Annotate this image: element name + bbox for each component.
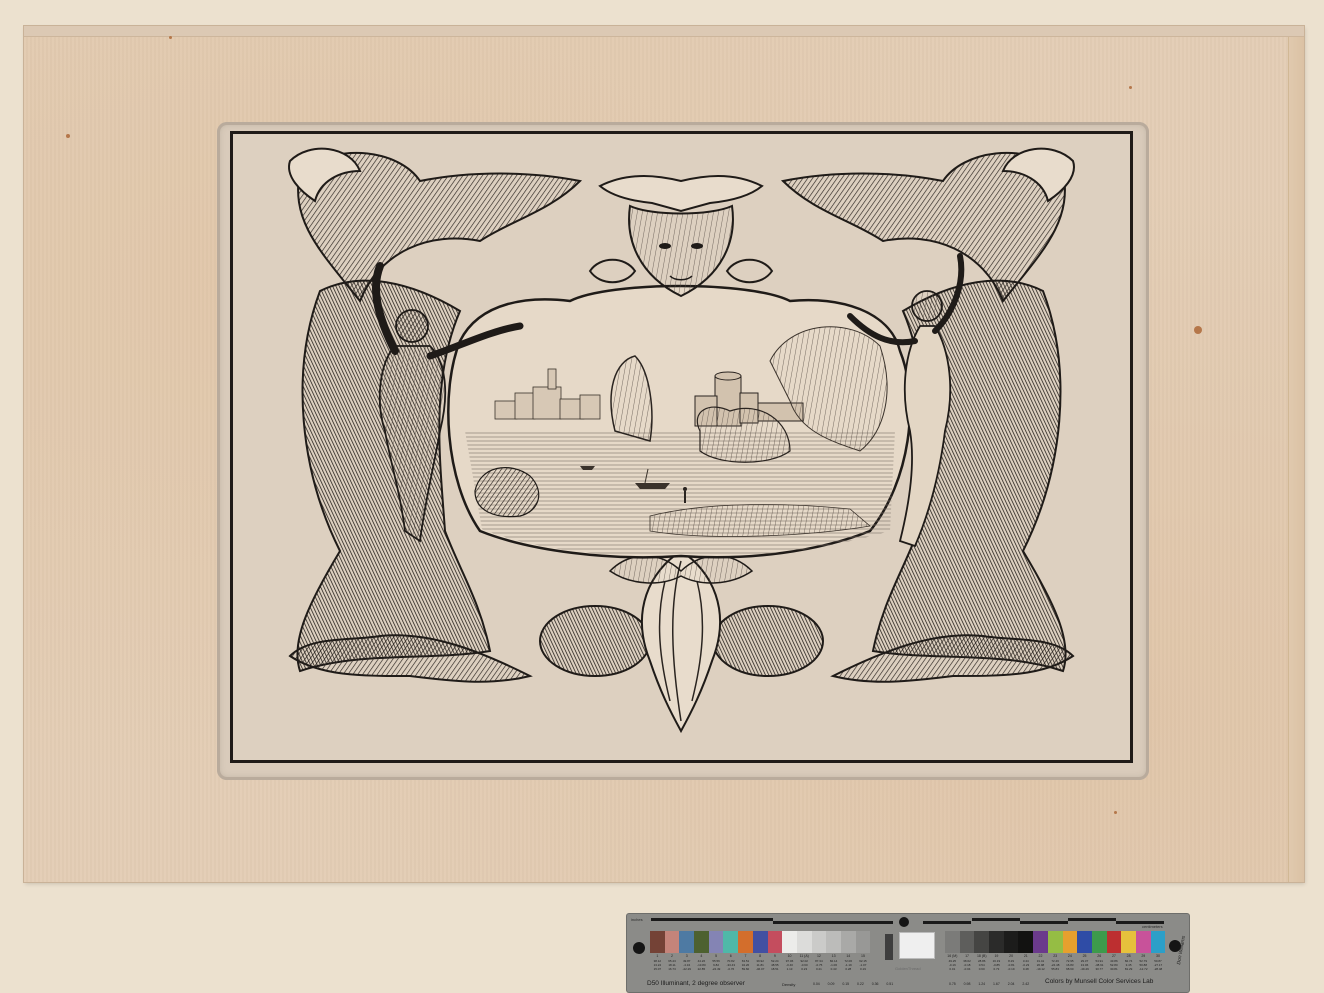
patch-22: [1033, 931, 1048, 953]
ruler-bar: [1020, 921, 1068, 924]
patch-number: 2: [665, 954, 680, 958]
ruler-bar: [773, 921, 893, 924]
cartouche-engraving: [230, 131, 1133, 763]
brand-label: GoldenThread: [895, 966, 921, 971]
sheet-top-band: [24, 26, 1304, 37]
patch-7: [738, 931, 753, 953]
patch-9: [768, 931, 783, 953]
patch-number: 28: [1121, 954, 1136, 958]
patch-number: 24: [1063, 954, 1078, 958]
center-gray-slab: [885, 934, 893, 960]
patch-21: [1018, 931, 1033, 953]
foxing-spot: [1114, 811, 1117, 814]
patch-6: [723, 931, 738, 953]
patch-15: [856, 931, 871, 953]
left-patch-numbers: 1 2 3 4 5 6 7 8 9 10 11 (A) 12 13 14 15: [650, 954, 870, 958]
foxing-spot: [1129, 86, 1132, 89]
patch-10: [782, 931, 797, 953]
patch-20: [1004, 931, 1019, 953]
patch-23: [1048, 931, 1063, 953]
patch-number: 19: [989, 954, 1004, 958]
left-density-row: 0.04 0.09 0.15 0.22 0.36 0.51: [782, 982, 897, 986]
patch-number: 26: [1092, 954, 1107, 958]
lion-mask: [590, 176, 772, 296]
patch-number: 15: [856, 954, 871, 958]
patch-3: [679, 931, 694, 953]
patch-30: [1151, 931, 1166, 953]
patch-16: [945, 931, 960, 953]
patch-2: [665, 931, 680, 953]
patch-number: 20: [1004, 954, 1019, 958]
patch-number: 6: [723, 954, 738, 958]
mount-hole-center: [899, 917, 909, 927]
patch-number: 3: [679, 954, 694, 958]
right-lab-values: 49.25-0.160.01 38.62-0.18-0.04 28.860.54…: [945, 959, 1165, 971]
sheet-right-band: [1288, 37, 1304, 882]
patch-5: [709, 931, 724, 953]
patch-number: 27: [1107, 954, 1122, 958]
patch-24: [1063, 931, 1078, 953]
patch-12: [812, 931, 827, 953]
patch-18: [974, 931, 989, 953]
ruler-inches-label: inches: [631, 917, 643, 922]
patch-number: 21: [1018, 954, 1033, 958]
patch-number: 7: [738, 954, 753, 958]
patch-number: 13: [826, 954, 841, 958]
patch-29: [1136, 931, 1151, 953]
left-patch-row: [650, 931, 870, 953]
patch-8: [753, 931, 768, 953]
illuminant-caption: D50 Illuminant, 2 degree observer: [647, 980, 745, 987]
patch-number: 1: [650, 954, 665, 958]
patch-25: [1077, 931, 1092, 953]
patch-1: [650, 931, 665, 953]
foxing-spot: [1194, 326, 1202, 334]
patch-number: 14: [841, 954, 856, 958]
patch-13: [826, 931, 841, 953]
patch-number: 4: [694, 954, 709, 958]
mount-hole-left: [633, 942, 645, 954]
patch-11: [797, 931, 812, 953]
right-patch-row: [945, 931, 1165, 953]
ruler-bar: [923, 921, 971, 924]
patch-14: [841, 931, 856, 953]
patch-28: [1121, 931, 1136, 953]
patch-number: 5: [709, 954, 724, 958]
color-calibration-target: inches centimeters 1 2 3 4 5 6 7 8 9 1: [627, 914, 1189, 992]
ruler-bar: [651, 918, 773, 921]
ruler-cm-label: centimeters: [1142, 924, 1163, 929]
patch-number: 11 (A): [797, 954, 812, 958]
patch-number: 17: [960, 954, 975, 958]
patch-number: 30: [1151, 954, 1166, 958]
munsell-caption: Colors by Munsell Color Services Lab: [1045, 978, 1153, 985]
ruler-bar: [1068, 918, 1116, 921]
left-lab-values: 38.1213.2415.07 65.4318.1116.73 49.87-4.…: [650, 959, 870, 971]
patch-4: [694, 931, 709, 953]
patch-number: 29: [1136, 954, 1151, 958]
patch-number: 12: [812, 954, 827, 958]
patch-number: 25: [1077, 954, 1092, 958]
foxing-spot: [66, 134, 70, 138]
patch-number: 18 (B): [974, 954, 989, 958]
foxing-spot: [169, 36, 172, 39]
patch-26: [1092, 931, 1107, 953]
patch-number: 23: [1048, 954, 1063, 958]
patch-number: 10: [782, 954, 797, 958]
scale-reference-card: [899, 932, 935, 959]
patch-27: [1107, 931, 1122, 953]
ruler-bar: [972, 918, 1020, 921]
patch-17: [960, 931, 975, 953]
patch-number: 9: [768, 954, 783, 958]
patch-number: 22: [1033, 954, 1048, 958]
patch-number: 16 (M): [945, 954, 960, 958]
right-density-row: 0.75 0.98 1.24 1.67 2.04 2.42: [945, 982, 1033, 986]
patch-19: [989, 931, 1004, 953]
patch-number: 8: [753, 954, 768, 958]
right-patch-numbers: 16 (M) 17 18 (B) 19 20 21 22 23 24 25 26…: [945, 954, 1165, 958]
